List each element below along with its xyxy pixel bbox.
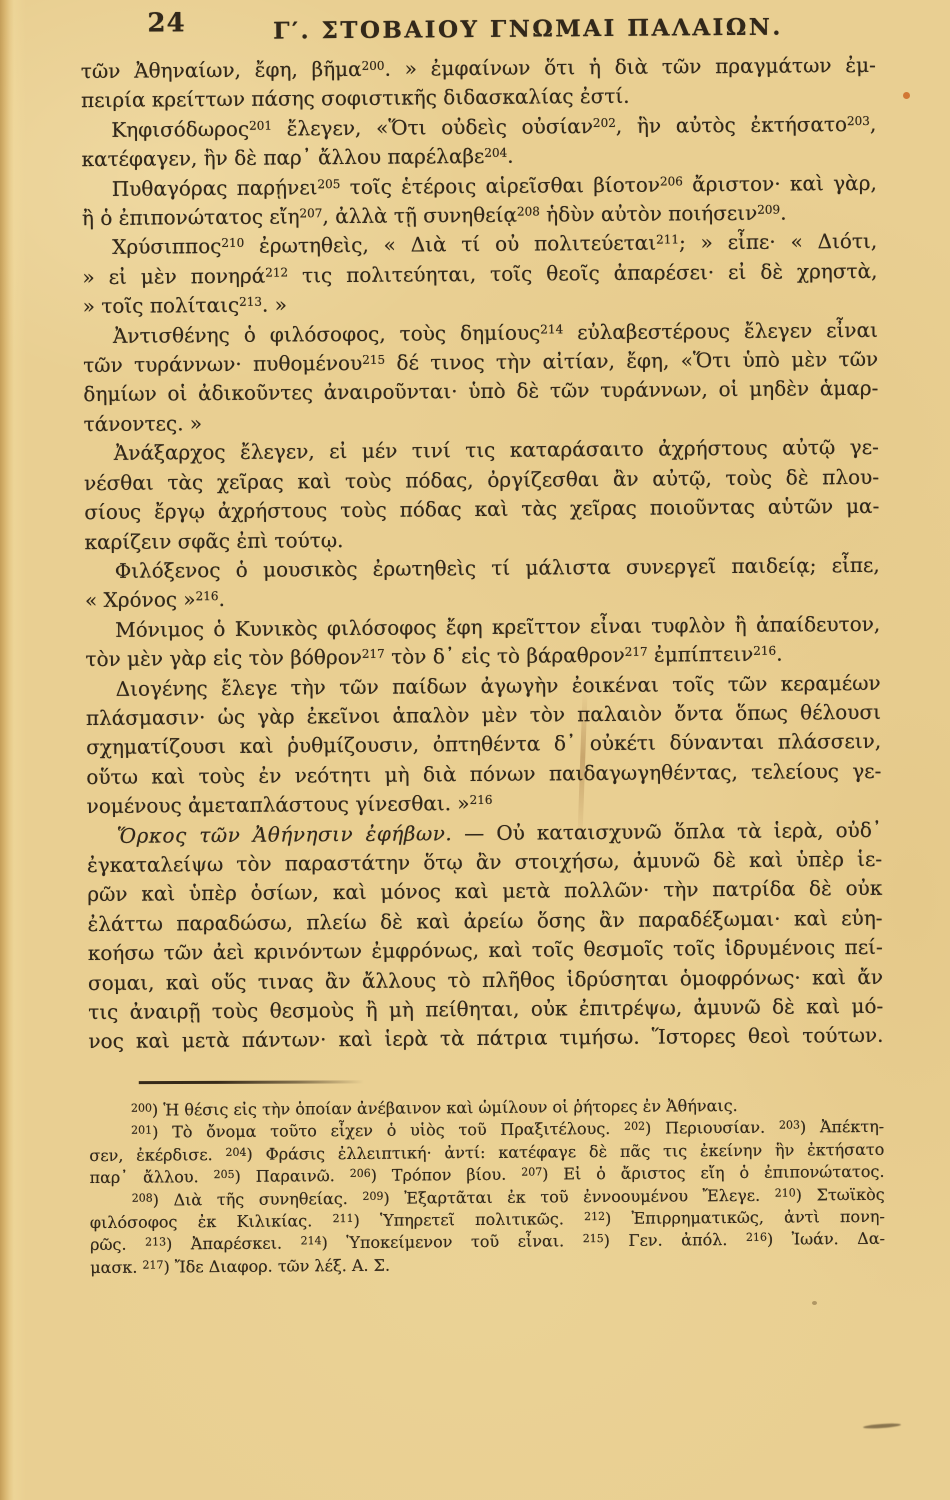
footnote-ref: 213: [145, 1236, 166, 1249]
footnote-ref: 217: [625, 645, 648, 659]
footnote-ref: 217: [142, 1258, 163, 1271]
paragraph: Χρύσιππος210 ἐρωτηθεὶς, « Διὰ τί οὐ πολι…: [82, 227, 878, 321]
paragraph: Διογένης ἔλεγε τὴν τῶν παίδων ἀγωγὴν ἐοι…: [86, 668, 882, 821]
footnote-ref: 216: [753, 644, 776, 658]
footnote-ref: 201: [131, 1124, 152, 1137]
footnote-ref: 213: [239, 295, 262, 309]
paragraph: 201) Τὸ ὄνομα τοῦτο εἶχεν ὁ υἱὸς τοῦ Πρα…: [89, 1116, 885, 1189]
running-head-title: Γ′. ΣΤΟΒΑΙΟΥ ΓΝΩΜΑΙ ΠΑΛΑΙΩΝ.: [80, 13, 875, 46]
footnote-ref: 205: [214, 1168, 235, 1181]
footnote-ref: 212: [265, 265, 288, 279]
footnote-ref: 209: [362, 1189, 383, 1202]
footnotes-block: 200) Ἡ θέσις εἰς τὴν ὁποίαν ἀνέβαινον κα…: [89, 1094, 885, 1279]
footnote-ref: 209: [757, 203, 780, 217]
footnote-ref: 217: [362, 647, 385, 661]
text-line: σίους ἔργῳ ἀχρήστους τοὺς πόδας καὶ τὰς …: [84, 492, 879, 528]
text-line: δημίων οἱ ἀδικοῦντες ἀναιροῦνται· ὑπὸ δὲ…: [83, 374, 878, 410]
footnote-ref: 208: [517, 205, 540, 219]
body-text: τῶν Ἀθηναίων, ἔφη, βῆμα200. » ἐμφαίνων ὅ…: [81, 51, 884, 1057]
italic-heading: Ὅρκος τῶν Ἀθήνησιν ἐφήβων.: [117, 821, 453, 848]
paragraph: Ἀντισθένης ὁ φιλόσοφος, τοὺς δημίους214 …: [83, 315, 879, 439]
footnote-ref: 215: [362, 353, 385, 367]
paragraph: Φιλόξενος ὁ μουσικὸς ἐρωτηθεὶς τί μάλιστ…: [85, 551, 880, 616]
footnote-ref: 208: [132, 1191, 153, 1204]
paragraph: Ἀνάξαρχος ἔλεγεν, εἰ μέν τινί τις καταρά…: [84, 433, 880, 557]
footnote-ref: 207: [299, 206, 322, 220]
footnote-ref: 215: [583, 1232, 604, 1245]
footnote-ref: 211: [332, 1212, 353, 1225]
footnote-ref: 200: [362, 59, 385, 73]
text-line: νος καὶ μετὰ πάντων· καὶ ἱερὰ τὰ πάτρια …: [88, 1021, 883, 1057]
footnote-ref: 210: [221, 236, 244, 250]
footnote-separator-rule: [139, 1080, 364, 1084]
footnote-ref: 210: [775, 1186, 796, 1199]
footnote-ref: 204: [484, 146, 507, 160]
paragraph: Ὅρκος τῶν Ἀθήνησιν ἐφήβων. — Οὐ καταισχυ…: [87, 815, 884, 1056]
paragraph: Μόνιμος ὁ Κυνικὸς φιλόσοφος ἔφη κρεῖττον…: [85, 610, 880, 675]
footnote-ref: 203: [847, 114, 870, 128]
footnote-ref: 212: [584, 1210, 605, 1223]
scanned-book-page: { "page": { "number": "24", "header": "Γ…: [0, 0, 950, 1500]
footnote-ref: 216: [196, 589, 219, 603]
paragraph: Κηφισόδωρος201 ἔλεγεν, «Ὅτι οὐδεὶς οὐσία…: [81, 110, 876, 175]
footnote-ref: 204: [225, 1146, 246, 1159]
footnote-ref: 216: [470, 793, 493, 807]
footnote-ref: 200: [131, 1102, 152, 1115]
footnote-ref: 214: [300, 1235, 321, 1248]
footnote-ref: 206: [350, 1167, 371, 1180]
footnote-ref: 202: [624, 1120, 645, 1133]
paragraph: Πυθαγόρας παρῄνει205 τοῖς ἑτέροις αἱρεῖσ…: [82, 168, 877, 233]
footnote-ref: 214: [540, 322, 563, 336]
page-content: 24 Γ′. ΣΤΟΒΑΙΟΥ ΓΝΩΜΑΙ ΠΑΛΑΙΩΝ. τῶν Ἀθην…: [0, 0, 950, 1500]
footnote-ref: 201: [249, 118, 272, 132]
footnote-ref: 203: [779, 1119, 800, 1132]
footnote-ref: 206: [660, 174, 683, 188]
paragraph: τῶν Ἀθηναίων, ἔφη, βῆμα200. » ἐμφαίνων ὅ…: [81, 51, 876, 116]
footnote-ref: 205: [317, 177, 340, 191]
footnote-ref: 207: [521, 1166, 542, 1179]
footnote-ref: 216: [746, 1231, 767, 1244]
footnote-ref: 211: [656, 233, 679, 247]
paragraph: 208) Διὰ τῆς συνηθείας. 209) Ἐξαρτᾶται ἐ…: [90, 1183, 886, 1279]
footnote-ref: 202: [593, 116, 616, 130]
